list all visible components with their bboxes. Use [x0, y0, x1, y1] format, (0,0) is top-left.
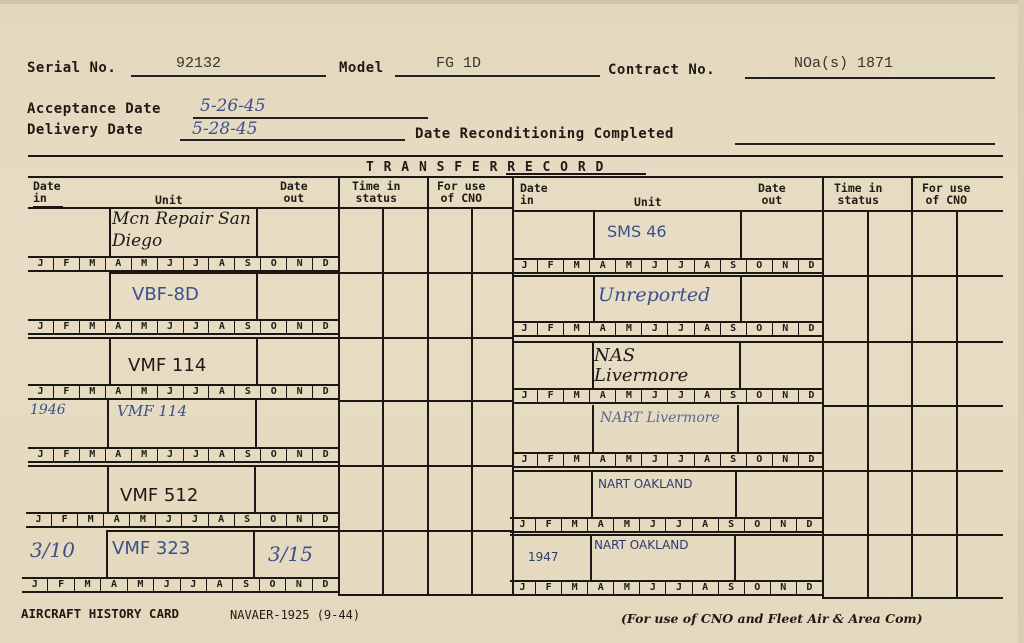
- right-row6-unit: NART OAKLAND: [594, 538, 694, 553]
- month-oct[interactable]: O: [744, 519, 770, 531]
- month-jul[interactable]: J: [667, 323, 693, 335]
- month-feb[interactable]: F: [53, 449, 79, 461]
- right-row3-unit: NAS Livermore: [594, 346, 734, 386]
- col-for-cno-right: For use of CNO: [922, 182, 970, 206]
- month-aug[interactable]: A: [208, 321, 234, 333]
- month-row-right-3: JFMAMJJASOND: [512, 388, 824, 404]
- month-may[interactable]: M: [615, 260, 641, 272]
- month-mar[interactable]: M: [563, 390, 589, 402]
- month-nov[interactable]: N: [286, 321, 312, 333]
- month-jun[interactable]: J: [153, 579, 179, 591]
- reconditioning-label: Date Reconditioning Completed: [415, 126, 674, 142]
- month-feb[interactable]: F: [537, 390, 563, 402]
- month-dec[interactable]: D: [796, 582, 822, 594]
- month-apr[interactable]: A: [100, 579, 126, 591]
- serial-value: 92132: [176, 55, 221, 72]
- header-rule-mid: [338, 207, 513, 209]
- month-sep[interactable]: S: [720, 323, 746, 335]
- month-apr[interactable]: A: [587, 519, 613, 531]
- month-row-right-5: JFMAMJJASOND: [510, 517, 822, 533]
- month-apr[interactable]: A: [589, 260, 615, 272]
- right-row1-unit: SMS 46: [607, 222, 667, 241]
- month-nov[interactable]: N: [286, 449, 312, 461]
- delivery-underline: [180, 139, 405, 141]
- month-jul[interactable]: J: [183, 449, 209, 461]
- month-nov[interactable]: N: [286, 514, 312, 526]
- month-jun[interactable]: J: [641, 260, 667, 272]
- month-apr[interactable]: A: [105, 258, 131, 270]
- month-mar[interactable]: M: [79, 386, 105, 398]
- month-sep[interactable]: S: [234, 258, 260, 270]
- month-jun[interactable]: J: [639, 582, 665, 594]
- month-may[interactable]: M: [127, 579, 153, 591]
- month-feb[interactable]: F: [53, 386, 79, 398]
- month-row-left-3: JFMAMJJASOND: [28, 384, 338, 400]
- month-aug[interactable]: A: [208, 258, 234, 270]
- month-aug[interactable]: A: [208, 386, 234, 398]
- aircraft-history-card: Serial No. 92132 Model FG 1D Contract No…: [0, 0, 1024, 643]
- row5-right-divider-out: [735, 470, 737, 518]
- left-row4-unit: VMF 114: [117, 402, 187, 420]
- left-row6-date-in: 3/10: [30, 538, 75, 562]
- month-nov[interactable]: N: [286, 386, 312, 398]
- month-may[interactable]: M: [131, 449, 157, 461]
- acceptance-date-value: 5-26-45: [200, 96, 266, 116]
- row1-right-divider-unit: [593, 210, 595, 258]
- row6-left-top: [106, 530, 338, 532]
- month-nov[interactable]: N: [772, 390, 798, 402]
- month-feb[interactable]: F: [51, 514, 77, 526]
- month-apr[interactable]: A: [587, 582, 613, 594]
- left-row5-unit: VMF 512: [120, 485, 198, 506]
- row6-right-bottom: [822, 597, 1003, 599]
- col-date-in-left: Date in: [33, 180, 61, 204]
- month-jan[interactable]: J: [512, 454, 537, 466]
- row5-left-top: [28, 465, 338, 467]
- month-may[interactable]: M: [613, 582, 639, 594]
- col-date-in-right: Date in: [520, 182, 548, 206]
- acceptance-date-label: Acceptance Date: [27, 101, 161, 117]
- left-row3-unit: VMF 114: [128, 355, 206, 376]
- month-dec[interactable]: D: [796, 519, 822, 531]
- row6-right-divider-out: [734, 534, 736, 582]
- month-apr[interactable]: A: [105, 321, 131, 333]
- footer-card-title: AIRCRAFT HISTORY CARD: [21, 606, 179, 621]
- month-oct[interactable]: O: [744, 582, 770, 594]
- grid-v-cno-left: [427, 176, 429, 596]
- month-nov[interactable]: N: [286, 258, 312, 270]
- row4-left-divider-unit: [107, 400, 109, 448]
- row2-left-divider-unit: [109, 272, 111, 320]
- month-jan[interactable]: J: [512, 323, 537, 335]
- month-jan[interactable]: J: [512, 390, 537, 402]
- month-oct[interactable]: O: [746, 323, 772, 335]
- month-aug[interactable]: A: [694, 323, 720, 335]
- row6-right-top: [510, 534, 822, 536]
- month-jan[interactable]: J: [512, 260, 537, 272]
- month-row-right-6: JFMAMJJASOND: [510, 580, 822, 596]
- month-jun[interactable]: J: [157, 258, 183, 270]
- month-sep[interactable]: S: [720, 390, 746, 402]
- row4-right-bottom: [824, 470, 1003, 472]
- month-row-left-2: JFMAMJJASOND: [28, 319, 338, 335]
- month-jul[interactable]: J: [665, 519, 691, 531]
- left-row1-unit: Mcn Repair San Diego: [112, 208, 252, 252]
- month-dec[interactable]: D: [312, 258, 338, 270]
- row5-left-bottom: [338, 530, 512, 532]
- row1-left-divider-unit: [109, 207, 111, 257]
- model-underline: [395, 75, 600, 77]
- month-feb[interactable]: F: [53, 258, 79, 270]
- month-jan[interactable]: J: [26, 514, 51, 526]
- month-aug[interactable]: A: [694, 454, 720, 466]
- row2-right-divider-unit: [593, 275, 595, 323]
- month-jan[interactable]: J: [22, 579, 47, 591]
- month-sep[interactable]: S: [234, 514, 260, 526]
- month-aug[interactable]: A: [692, 582, 718, 594]
- row2-right-bottom: [824, 341, 1003, 343]
- month-aug[interactable]: A: [208, 514, 234, 526]
- month-may[interactable]: M: [615, 390, 641, 402]
- month-sep[interactable]: S: [234, 321, 260, 333]
- grid-bottom-left: [338, 594, 512, 596]
- month-jan[interactable]: J: [28, 386, 53, 398]
- month-sep[interactable]: S: [234, 449, 260, 461]
- row1-left-bottom: [338, 272, 512, 274]
- month-jul[interactable]: J: [183, 258, 209, 270]
- month-feb[interactable]: F: [47, 579, 73, 591]
- month-nov[interactable]: N: [772, 454, 798, 466]
- row5-right-bottom: [822, 534, 1003, 536]
- month-row-left-6: JFMAMJJASOND: [22, 577, 338, 593]
- month-apr[interactable]: A: [103, 514, 129, 526]
- row6-left-divider-unit: [106, 530, 108, 578]
- right-row4-unit: NART Livermore: [600, 408, 740, 428]
- month-oct[interactable]: O: [260, 386, 286, 398]
- section-rule-bottom: [28, 176, 1003, 178]
- grid-v-center: [512, 176, 514, 596]
- row6-left-divider-out: [253, 530, 255, 578]
- month-dec[interactable]: D: [312, 321, 338, 333]
- row2-left-top: [109, 272, 338, 274]
- month-jul[interactable]: J: [667, 390, 693, 402]
- month-jan[interactable]: J: [28, 449, 53, 461]
- model-value: FG 1D: [436, 55, 481, 72]
- month-may[interactable]: M: [131, 386, 157, 398]
- row3-right-bottom: [824, 405, 1003, 407]
- left-row6-date-out: 3/15: [268, 542, 313, 566]
- month-row-left-4: JFMAMJJASOND: [28, 447, 338, 463]
- month-jul[interactable]: J: [181, 514, 207, 526]
- month-aug[interactable]: A: [694, 390, 720, 402]
- footer-note: (For use of CNO and Fleet Air & Area Com…: [621, 611, 923, 626]
- month-jan[interactable]: J: [28, 258, 53, 270]
- month-jun[interactable]: J: [641, 323, 667, 335]
- month-may[interactable]: M: [615, 323, 641, 335]
- month-sep[interactable]: S: [720, 454, 746, 466]
- left-row2-unit: VBF-8D: [132, 284, 199, 305]
- month-feb[interactable]: F: [537, 454, 563, 466]
- month-mar[interactable]: M: [74, 579, 100, 591]
- month-feb[interactable]: F: [535, 582, 561, 594]
- month-may[interactable]: M: [615, 454, 641, 466]
- month-mar[interactable]: M: [79, 321, 105, 333]
- month-jun[interactable]: J: [639, 519, 665, 531]
- right-row6-date-in: 1947: [528, 550, 559, 564]
- month-jul[interactable]: J: [667, 260, 693, 272]
- month-jun[interactable]: J: [641, 454, 667, 466]
- month-oct[interactable]: O: [260, 449, 286, 461]
- model-label: Model: [339, 60, 384, 76]
- row5-left-divider-unit: [107, 465, 109, 513]
- month-oct[interactable]: O: [260, 514, 286, 526]
- row5-left-divider-out: [254, 465, 256, 513]
- month-oct[interactable]: O: [746, 260, 772, 272]
- header-rule-right: [513, 210, 1003, 212]
- month-row-right-2: JFMAMJJASOND: [512, 321, 824, 337]
- month-jul[interactable]: J: [667, 454, 693, 466]
- month-mar[interactable]: M: [77, 514, 103, 526]
- col-date-out-right: Date out: [758, 182, 786, 206]
- month-may[interactable]: M: [131, 321, 157, 333]
- month-apr[interactable]: A: [105, 386, 131, 398]
- month-sep[interactable]: S: [718, 519, 744, 531]
- right-row2-unit: Unreported: [598, 284, 710, 306]
- month-apr[interactable]: A: [105, 449, 131, 461]
- month-aug[interactable]: A: [208, 449, 234, 461]
- row5-right-divider-unit: [591, 470, 593, 518]
- month-mar[interactable]: M: [563, 260, 589, 272]
- contract-value: NOa(s) 1871: [794, 55, 893, 72]
- month-jun[interactable]: J: [155, 514, 181, 526]
- col-date-out-left: Date out: [280, 180, 308, 204]
- row3-left-divider-unit: [109, 337, 111, 385]
- month-feb[interactable]: F: [537, 260, 563, 272]
- month-row-left-5: JFMAMJJASOND: [26, 512, 338, 528]
- month-jan[interactable]: J: [28, 321, 53, 333]
- month-oct[interactable]: O: [259, 579, 285, 591]
- col-for-cno-left: For use of CNO: [437, 180, 485, 204]
- month-nov[interactable]: N: [772, 323, 798, 335]
- month-dec[interactable]: D: [312, 579, 338, 591]
- month-row-left-1: JFMAMJJASOND: [28, 256, 338, 272]
- month-sep[interactable]: S: [234, 386, 260, 398]
- grid-v-time-split-right: [867, 210, 869, 598]
- serial-underline: [131, 75, 326, 77]
- left-row6-unit: VMF 323: [112, 538, 190, 559]
- month-oct[interactable]: O: [746, 454, 772, 466]
- month-dec[interactable]: D: [798, 454, 824, 466]
- row2-right-divider-out: [740, 275, 742, 323]
- delivery-date-label: Delivery Date: [27, 122, 143, 138]
- month-jun[interactable]: J: [641, 390, 667, 402]
- month-mar[interactable]: M: [561, 519, 587, 531]
- month-mar[interactable]: M: [563, 323, 589, 335]
- col-time-status-right: Time in status: [834, 182, 882, 206]
- col-unit-right: Unit: [634, 196, 662, 208]
- grid-v-time-left: [338, 176, 340, 596]
- month-sep[interactable]: S: [720, 260, 746, 272]
- month-nov[interactable]: N: [770, 582, 796, 594]
- grid-v-cno-split-right: [956, 210, 958, 598]
- right-row5-unit: NART OAKLAND: [598, 472, 718, 496]
- reconditioning-underline: [735, 143, 995, 145]
- month-mar[interactable]: M: [561, 582, 587, 594]
- month-jun[interactable]: J: [157, 386, 183, 398]
- month-jun[interactable]: J: [157, 321, 183, 333]
- month-may[interactable]: M: [129, 514, 155, 526]
- month-dec[interactable]: D: [312, 449, 338, 461]
- month-jul[interactable]: J: [180, 579, 206, 591]
- col-time-status-left: Time in status: [352, 180, 400, 204]
- row3-left-divider-out: [256, 337, 258, 385]
- month-dec[interactable]: D: [312, 514, 338, 526]
- month-oct[interactable]: O: [746, 390, 772, 402]
- month-oct[interactable]: O: [260, 258, 286, 270]
- month-mar[interactable]: M: [563, 454, 589, 466]
- month-nov[interactable]: N: [772, 260, 798, 272]
- card-right-edge: [1018, 0, 1024, 643]
- month-mar[interactable]: M: [79, 258, 105, 270]
- month-nov[interactable]: N: [770, 519, 796, 531]
- row1-right-bottom: [824, 275, 1003, 277]
- contract-underline: [745, 77, 995, 79]
- row2-left-bottom: [338, 337, 512, 339]
- row1-left-divider-out: [256, 207, 258, 257]
- month-apr[interactable]: A: [589, 323, 615, 335]
- row4-left-bottom: [338, 465, 512, 467]
- month-sep[interactable]: S: [718, 582, 744, 594]
- row3-left-bottom: [338, 400, 512, 402]
- month-row-right-4: JFMAMJJASOND: [512, 452, 824, 468]
- month-apr[interactable]: A: [589, 454, 615, 466]
- month-row-right-1: JFMAMJJASOND: [512, 258, 824, 274]
- month-mar[interactable]: M: [79, 449, 105, 461]
- card-top-edge: [0, 0, 1024, 4]
- month-aug[interactable]: A: [694, 260, 720, 272]
- month-dec[interactable]: D: [798, 323, 824, 335]
- month-dec[interactable]: D: [798, 390, 824, 402]
- month-jul[interactable]: J: [183, 321, 209, 333]
- month-aug[interactable]: A: [206, 579, 232, 591]
- row4-left-divider-out: [255, 400, 257, 448]
- contract-label: Contract No.: [608, 62, 715, 78]
- month-nov[interactable]: N: [285, 579, 311, 591]
- row2-right-top: [512, 275, 824, 277]
- delivery-date-value: 5-28-45: [192, 119, 258, 139]
- month-feb[interactable]: F: [535, 519, 561, 531]
- left-row4-date-in: 1946: [30, 402, 66, 418]
- month-jan[interactable]: J: [510, 582, 535, 594]
- month-feb[interactable]: F: [537, 323, 563, 335]
- month-oct[interactable]: O: [260, 321, 286, 333]
- month-jun[interactable]: J: [157, 449, 183, 461]
- row6-right-divider-unit: [590, 534, 592, 582]
- row3-right-top: [512, 341, 824, 343]
- month-jan[interactable]: J: [510, 519, 535, 531]
- col-unit-left: Unit: [155, 194, 183, 206]
- month-may[interactable]: M: [613, 519, 639, 531]
- month-dec[interactable]: D: [312, 386, 338, 398]
- row4-right-divider-unit: [592, 405, 594, 453]
- month-apr[interactable]: A: [589, 390, 615, 402]
- row1-right-divider-out: [740, 210, 742, 258]
- month-jul[interactable]: J: [665, 582, 691, 594]
- month-feb[interactable]: F: [53, 321, 79, 333]
- row3-right-divider-out: [739, 341, 741, 389]
- footer-form-number: NAVAER-1925 (9-44): [230, 608, 360, 622]
- month-sep[interactable]: S: [232, 579, 258, 591]
- serial-label: Serial No.: [27, 60, 116, 76]
- row3-left-top: [28, 337, 338, 339]
- row2-left-divider-out: [256, 272, 258, 320]
- month-dec[interactable]: D: [798, 260, 824, 272]
- month-jul[interactable]: J: [183, 386, 209, 398]
- month-may[interactable]: M: [131, 258, 157, 270]
- month-aug[interactable]: A: [692, 519, 718, 531]
- title-underline: [506, 173, 646, 175]
- section-rule-top: [28, 155, 1003, 157]
